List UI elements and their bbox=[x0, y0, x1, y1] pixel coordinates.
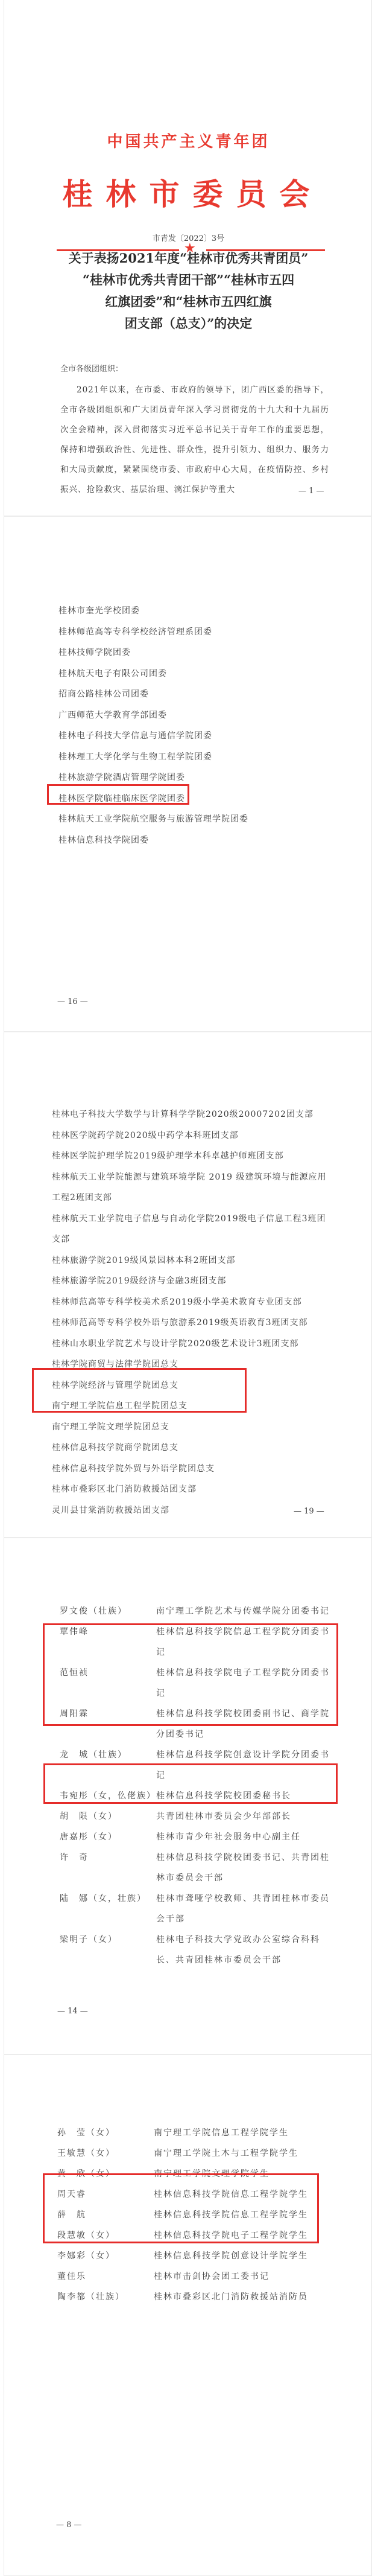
highlight-box bbox=[43, 2173, 319, 2243]
body-paragraph: 2021年以来，在市委、市政府的领导下，团广西区委的指导下，全市各级团组织和广大… bbox=[60, 380, 329, 500]
page-number: — 1 — bbox=[298, 487, 324, 496]
page-number: — 19 — bbox=[294, 1507, 324, 1516]
person-name: 陆 娜（女，壮族） bbox=[60, 1888, 156, 1929]
list-item: 灵川县甘棠消防救援站团支部 bbox=[52, 1500, 329, 1521]
person-name: 王敏慧（女） bbox=[57, 2143, 154, 2164]
highlight-box bbox=[43, 1623, 338, 1726]
page-number: — 14 — bbox=[57, 2007, 88, 2016]
list-item: 桂林师范高等专科学校外语与旅游系2019级英语教育3班团支部 bbox=[52, 1312, 329, 1334]
person-role: 桂林市叠彩区北门消防救援站消防员 bbox=[154, 2287, 332, 2307]
document-title: 关于表扬2021年度“桂林市优秀共青团员” “桂林市优秀共青团干部”“桂林市五四… bbox=[4, 248, 372, 334]
list-item: 桂林师范高等专科学校经济管理系团委 bbox=[58, 622, 248, 643]
table-row: 董佳乐桂林市击剑协会团工委书记 bbox=[57, 2266, 332, 2287]
person-role: 共青团桂林市委员会少年部部长 bbox=[156, 1806, 334, 1827]
list-item: 桂林理工大学化学与生物工程学院团委 bbox=[58, 747, 248, 768]
table-row: 梁明子（女）桂林电子科技大学党政办公室综合科科长、共青团桂林市委员会干部 bbox=[60, 1929, 334, 1970]
list-item: 桂林航天工业学院航空服务与旅游管理学院团委 bbox=[58, 809, 248, 830]
title-line: 关于表扬2021年度“桂林市优秀共青团员” bbox=[4, 248, 372, 269]
list-item: 桂林市奎光学校团委 bbox=[58, 601, 248, 622]
person-role: 桂林市青少年社会服务中心副主任 bbox=[156, 1827, 334, 1847]
table-row: 李娜彩（女）桂林信息科技学院创意设计学院学生 bbox=[57, 2246, 332, 2266]
list-item: 桂林航天工业学院能源与建筑环境学院 2019 级建筑环境与能源应用工程2班团支部 bbox=[52, 1167, 329, 1209]
person-role: 南宁理工学院艺术与传媒学院分团委书记 bbox=[156, 1601, 334, 1622]
list-item-highlighted: 桂林信息科技学院商学院团总支 bbox=[52, 1437, 329, 1459]
list-item: 桂林旅游学院2019级风景园林本科2班团支部 bbox=[52, 1250, 329, 1271]
person-name: 唐嘉彤（女） bbox=[60, 1827, 156, 1847]
table-row: 罗文俊（壮族）南宁理工学院艺术与传媒学院分团委书记 bbox=[60, 1601, 334, 1622]
salutation: 全市各级团组织： bbox=[60, 362, 123, 374]
page-number: — 16 — bbox=[57, 997, 88, 1006]
org-name-line2: 桂林市委员会 bbox=[4, 170, 372, 214]
person-role: 桂林市击剑协会团工委书记 bbox=[154, 2266, 332, 2287]
person-role: 桂林信息科技学院校团委书记、共青团桂林市委员会干部 bbox=[156, 1847, 334, 1888]
document-page-4: 罗文俊（壮族）南宁理工学院艺术与传媒学院分团委书记 覃伟峰桂林信息科技学院信息工… bbox=[4, 1538, 372, 2055]
document-page-5: 孙 莹（女）南宁理工学院信息工程学院学生 王敏慧（女）南宁理工学院土木与工程学院… bbox=[4, 2055, 372, 2576]
page-number: — 8 — bbox=[56, 2520, 82, 2530]
list-item: 桂林航天电子有限公司团委 bbox=[58, 663, 248, 685]
list-item: 桂林师范高等专科学校美术系2019级小学美术教育专业团支部 bbox=[52, 1292, 329, 1313]
table-row: 陆 娜（女，壮族）桂林市聋哑学校教师、共青团桂林市委员会干部 bbox=[60, 1888, 334, 1929]
person-name: 罗文俊（壮族） bbox=[60, 1601, 156, 1622]
person-name: 梁明子（女） bbox=[60, 1929, 156, 1970]
person-role: 桂林信息科技学院创意设计学院学生 bbox=[154, 2246, 332, 2266]
person-role: 桂林电子科技大学党政办公室综合科科长、共青团桂林市委员会干部 bbox=[156, 1929, 334, 1970]
person-name: 许 奇 bbox=[60, 1847, 156, 1888]
list-item: 桂林技师学院团委 bbox=[58, 642, 248, 663]
person-name: 董佳乐 bbox=[57, 2266, 154, 2287]
list-item-highlighted: 桂林信息科技学院外贸与外语学院团总支 bbox=[52, 1459, 329, 1480]
list-item: 桂林医学院护理学院2019级护理学本科卓越护师班团支部 bbox=[52, 1146, 329, 1167]
list-item: 桂林电子科技大学数学与计算科学学院2020级20007202团支部 bbox=[52, 1104, 329, 1125]
person-role: 桂林市聋哑学校教师、共青团桂林市委员会干部 bbox=[156, 1888, 334, 1929]
table-row: 孙 莹（女）南宁理工学院信息工程学院学生 bbox=[57, 2123, 332, 2143]
person-role: 南宁理工学院信息工程学院学生 bbox=[154, 2123, 332, 2143]
highlight-box bbox=[32, 1368, 247, 1413]
list-item: 桂林电子科技大学信息与通信学院团委 bbox=[58, 726, 248, 747]
person-name: 陶李都（壮族） bbox=[57, 2287, 154, 2307]
document-page-1: 中国共产主义青年团 桂林市委员会 市青发〔2022〕3号 ★ 关于表扬2021年… bbox=[4, 0, 372, 517]
list-item-highlighted: 桂林信息科技学院团委 bbox=[58, 830, 248, 851]
title-line: 团支部（总支）”的决定 bbox=[4, 313, 372, 334]
table-row: 唐嘉彤（女）桂林市青少年社会服务中心副主任 bbox=[60, 1827, 334, 1847]
list-item: 桂林市叠彩区北门消防救援站团支部 bbox=[52, 1479, 329, 1500]
title-line: “桂林市优秀共青团干部”“桂林市五四 bbox=[4, 269, 372, 291]
list-item: 招商公路桂林公司团委 bbox=[58, 684, 248, 705]
list-item: 桂林山水职业学院艺术与设计学院2020级艺术设计3班团支部 bbox=[52, 1334, 329, 1355]
document-page-2: 桂林市奎光学校团委 桂林师范高等专科学校经济管理系团委 桂林技师学院团委 桂林航… bbox=[4, 517, 372, 1032]
table-row: 许 奇桂林信息科技学院校团委书记、共青团桂林市委员会干部 bbox=[60, 1847, 334, 1888]
highlight-box bbox=[43, 1763, 338, 1804]
person-name: 胡 限（女） bbox=[60, 1806, 156, 1827]
title-line: 红旗团委”和“桂林市五四红旗 bbox=[4, 291, 372, 313]
list-item: 广西师范大学教育学部团委 bbox=[58, 705, 248, 726]
org-name-line1: 中国共产主义青年团 bbox=[4, 129, 372, 152]
list-item: 桂林医学院药学院2020级中药学本科班团支部 bbox=[52, 1125, 329, 1146]
person-name: 孙 莹（女） bbox=[57, 2123, 154, 2143]
table-row: 王敏慧（女）南宁理工学院土木与工程学院学生 bbox=[57, 2143, 332, 2164]
organization-list: 桂林市奎光学校团委 桂林师范高等专科学校经济管理系团委 桂林技师学院团委 桂林航… bbox=[58, 601, 248, 851]
table-row: 陶李都（壮族）桂林市叠彩区北门消防救援站消防员 bbox=[57, 2287, 332, 2307]
list-item: 南宁理工学院文理学院团总支 bbox=[52, 1417, 329, 1438]
document-page-3: 桂林电子科技大学数学与计算科学学院2020级20007202团支部 桂林医学院药… bbox=[4, 1032, 372, 1538]
list-item: 桂林航天工业学院电子信息与自动化学院2019级电子信息工程3班团支部 bbox=[52, 1209, 329, 1250]
person-role: 南宁理工学院土木与工程学院学生 bbox=[154, 2143, 332, 2164]
highlight-box bbox=[47, 784, 189, 805]
person-name: 李娜彩（女） bbox=[57, 2246, 154, 2266]
table-row: 胡 限（女）共青团桂林市委员会少年部部长 bbox=[60, 1806, 334, 1827]
organization-list: 桂林电子科技大学数学与计算科学学院2020级20007202团支部 桂林医学院药… bbox=[52, 1104, 329, 1521]
list-item: 桂林旅游学院2019级经济与金融3班团支部 bbox=[52, 1271, 329, 1292]
